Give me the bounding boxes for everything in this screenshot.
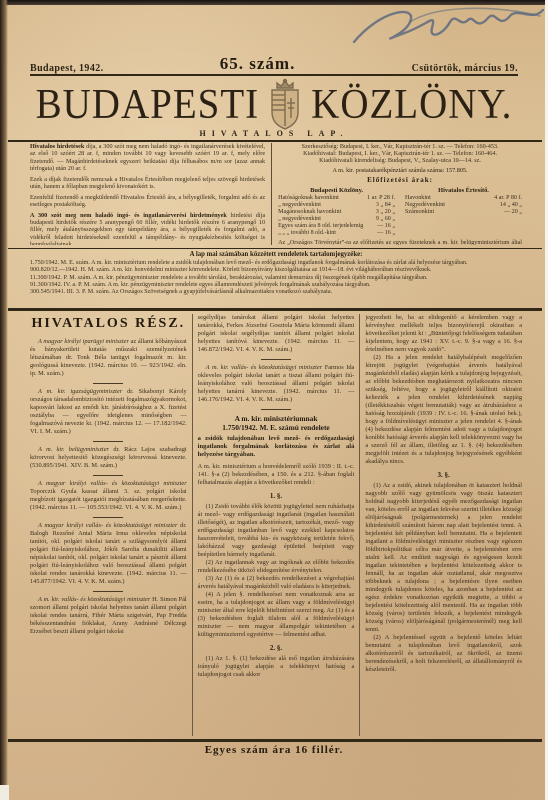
place-date: Budapest, 1942. xyxy=(30,63,104,74)
price-row: Egyes szám ára 8 old. terjedelemig— 16 „ xyxy=(278,223,395,230)
rule-above-body xyxy=(8,308,542,311)
price-row: „ negyedévenkint3 „ 84 „ xyxy=(278,202,395,209)
price-row: Havonkint4 ar. P 80 f. xyxy=(405,195,522,202)
column-3: jegyezheti be, ha az elidegenítő a kérel… xyxy=(360,314,522,736)
decree-paragraph: (2) A bejelentéssel együtt a bejelentő k… xyxy=(365,634,522,674)
editorial-address: Szerkesztőség: Budapest, I. ker., Vár, K… xyxy=(278,143,522,150)
rates-paragraph: A 300 szót meg nem haladó ingó- és ingat… xyxy=(30,212,265,245)
rates-bold-lead: A 300 szót meg nem haladó ingó- és ingat… xyxy=(30,212,227,219)
appointment-paragraph: A m. kir. igazságügyminiszter dr. Sikabo… xyxy=(30,388,187,436)
issue-number: 65. szám. xyxy=(220,54,296,74)
appointment-paragraph: A magyar királyi vallás- és közoktatásüg… xyxy=(30,480,187,512)
decree-heading-line2: 1.750/1942. M. E. számú rendelete xyxy=(198,423,355,432)
price-row: Negyedévenkint14 „ 40 „ xyxy=(405,202,522,209)
rates-bold-lead: Hivatalos hirdetések xyxy=(30,143,84,150)
weekday-date: Csütörtök, március 19. xyxy=(412,63,518,74)
decree-paragraph: (1) Az a zsidó, akinek tulajdonában öt k… xyxy=(365,482,522,634)
appointment-paragraph: A magyar királyi iparügyi miniszter az á… xyxy=(30,338,187,378)
decree-paragraph: (4) A jelen §. rendelkezései nem vonatko… xyxy=(198,591,355,639)
price-row: Számonkint— 20 „ xyxy=(405,209,522,216)
decree-paragraph: (1) Zsidó további élők közötti jogügylet… xyxy=(198,503,355,559)
contacts-subscription-column: Szerkesztőség: Budapest, I. ker., Vár, K… xyxy=(272,143,522,245)
paragraph-divider xyxy=(93,441,123,442)
decree-paragraph: (3) Az (1) és a (2) bekezdés rendelkezés… xyxy=(198,575,355,591)
section-title-hivatalos-resz: HIVATALOS RÉSZ. xyxy=(30,316,187,332)
subscription-prices-title: Előfizetési árak: xyxy=(278,176,522,184)
advert-rates-column: Hivatalos hirdetések díja, a 300 szót me… xyxy=(30,143,271,245)
header-info-block: Hivatalos hirdetések díja, a 300 szót me… xyxy=(30,143,522,245)
rates-paragraph: Hivatalos hirdetések díja, a 300 szót me… xyxy=(30,143,265,172)
postal-account-number: A m. kir. postatakarékpénztári számla sz… xyxy=(278,167,522,174)
paragraph-divider xyxy=(93,383,123,384)
decree-heading-line1: A m. kir. minisztériumnak xyxy=(198,414,355,423)
rule-above-footer xyxy=(8,739,542,742)
scan-edge-top xyxy=(0,0,545,5)
section-mark-1: 1. §. xyxy=(198,492,355,500)
rule-above-toc xyxy=(8,248,542,249)
decree-paragraph: (2) Az ingatlannak vagy az ingóknak az e… xyxy=(198,559,355,575)
rule-under-dateline xyxy=(30,74,518,76)
ertesito-price-header: Hivatalos Értesítő. xyxy=(405,187,522,194)
toc-title: A lap mai számában közzétett rendeletek … xyxy=(30,251,522,258)
rates-paragraph: Ezek a díjak fizetendők nemcsak a Hivata… xyxy=(30,176,265,191)
appointment-paragraph: A m. kir. vallás- és közoktatásügyi mini… xyxy=(198,364,355,404)
subtitle-hivatalos-lap: HIVATALOS LAP. xyxy=(0,129,548,138)
column-2: segélydíjas tanárokat állami polgári isk… xyxy=(192,314,361,736)
article-columns: HIVATALOS RÉSZ. A magyar királyi iparügy… xyxy=(30,314,522,736)
rates-text: Ezenfelül fizetendő a megküldendő Hivata… xyxy=(30,194,265,208)
paragraph-divider xyxy=(93,475,123,476)
rates-paragraph: Ezenfelül fizetendő a megküldendő Hivata… xyxy=(30,194,265,209)
toc-item: 11.300/1942. P. M. szám. A m. kir. pénzü… xyxy=(30,275,522,282)
rates-text: Ezek a díjak fizetendők nemcsak a Hivata… xyxy=(30,176,265,190)
single-copy-price: Egyes szám ára 16 fillér. xyxy=(0,744,548,756)
branch-address: Kiadóhivatali kirendeltség: Budapest, V.… xyxy=(278,157,522,164)
publisher-address: Kiadóhivatal: Budapest, I. ker., Vár, Ka… xyxy=(278,150,522,157)
scan-edge-bottom-left xyxy=(0,785,9,800)
continuation-paragraph: jegyezheti be, ha az elidegenítő a kérel… xyxy=(365,314,522,354)
paragraph-divider xyxy=(261,359,291,360)
torvenytar-note: Az „Országos Törvénytár”-ra az előfizeté… xyxy=(278,240,522,245)
price-row: „ „ „ további 8 old.-kint— 16 „ xyxy=(278,230,395,237)
decree-intro: A m. kir. minisztérium a honvédelemről s… xyxy=(198,463,355,487)
appointment-paragraph: A magyar királyi vallás- és közoktatásüg… xyxy=(30,522,187,586)
rule-under-masthead xyxy=(8,140,542,142)
price-table: Budapesti Közlöny. Hatóságoknak havonkin… xyxy=(278,187,522,238)
price-row: Hatóságoknak havonkint1 ar. P 28 f. xyxy=(278,195,395,202)
continuation-paragraph: segélydíjas tanárokat állami polgári isk… xyxy=(198,314,355,354)
toc-item: 900.820/12.—1942. H. M. szám. A m. kir. … xyxy=(30,267,522,274)
masthead-title: BUDAPESTI KÖZLÖNY. xyxy=(14,78,534,130)
dateline-row: Budapest, 1942. 65. szám. Csütörtök, már… xyxy=(30,50,518,74)
title-word-kozlony: KÖZLÖNY. xyxy=(311,80,512,129)
toc-item: 1.750/1942. M. E. szám. A m. kir. minisz… xyxy=(30,260,522,267)
appointment-paragraph: A m. kir. belügyminiszter dr. Rácz Lajos… xyxy=(30,446,187,470)
price-row: „ negyedévenkint9 „ 60 „ xyxy=(278,216,395,223)
paragraph-divider xyxy=(93,591,123,592)
paragraph-divider xyxy=(93,517,123,518)
newspaper-page: Budapest, 1942. 65. szám. Csütörtök, már… xyxy=(0,0,548,800)
hungarian-coat-of-arms-icon xyxy=(264,78,306,130)
price-row: Magánosoknak havonkint3 „ 20 „ xyxy=(278,209,395,216)
column-1: HIVATALOS RÉSZ. A magyar királyi iparügy… xyxy=(30,314,192,736)
title-word-budapesti: BUDAPESTI xyxy=(36,80,260,129)
scan-edge-left xyxy=(0,0,8,786)
table-of-contents: A lap mai számában közzétett rendeletek … xyxy=(30,251,522,305)
ertesito-price-column: Hivatalos Értesítő. Havonkint4 ar. P 80 … xyxy=(405,187,522,238)
kozlony-price-header: Budapesti Közlöny. xyxy=(278,187,395,194)
toc-item: 300.545/1941. III. 3. P. M. szám. Az Ors… xyxy=(30,289,522,296)
decree-subject: a zsidók tulajdonában levő mező- és erdő… xyxy=(198,435,355,459)
section-mark-3: 3. §. xyxy=(365,471,522,479)
kozlony-price-column: Budapesti Közlöny. Hatóságoknak havonkin… xyxy=(278,187,395,238)
decree-paragraph: (2) Ha a jelen rendelet hatálybalépését … xyxy=(365,354,522,466)
handwritten-ink-signature-icon xyxy=(340,2,545,50)
section-mark-2: 2. §. xyxy=(198,644,355,652)
decree-paragraph: (1) Az 1. §. (1) bekezdése alá eső ingat… xyxy=(198,655,355,679)
paragraph-divider xyxy=(261,409,291,410)
appointment-paragraph: A m. kir. vallás- és közoktatásügyi mini… xyxy=(30,596,187,636)
